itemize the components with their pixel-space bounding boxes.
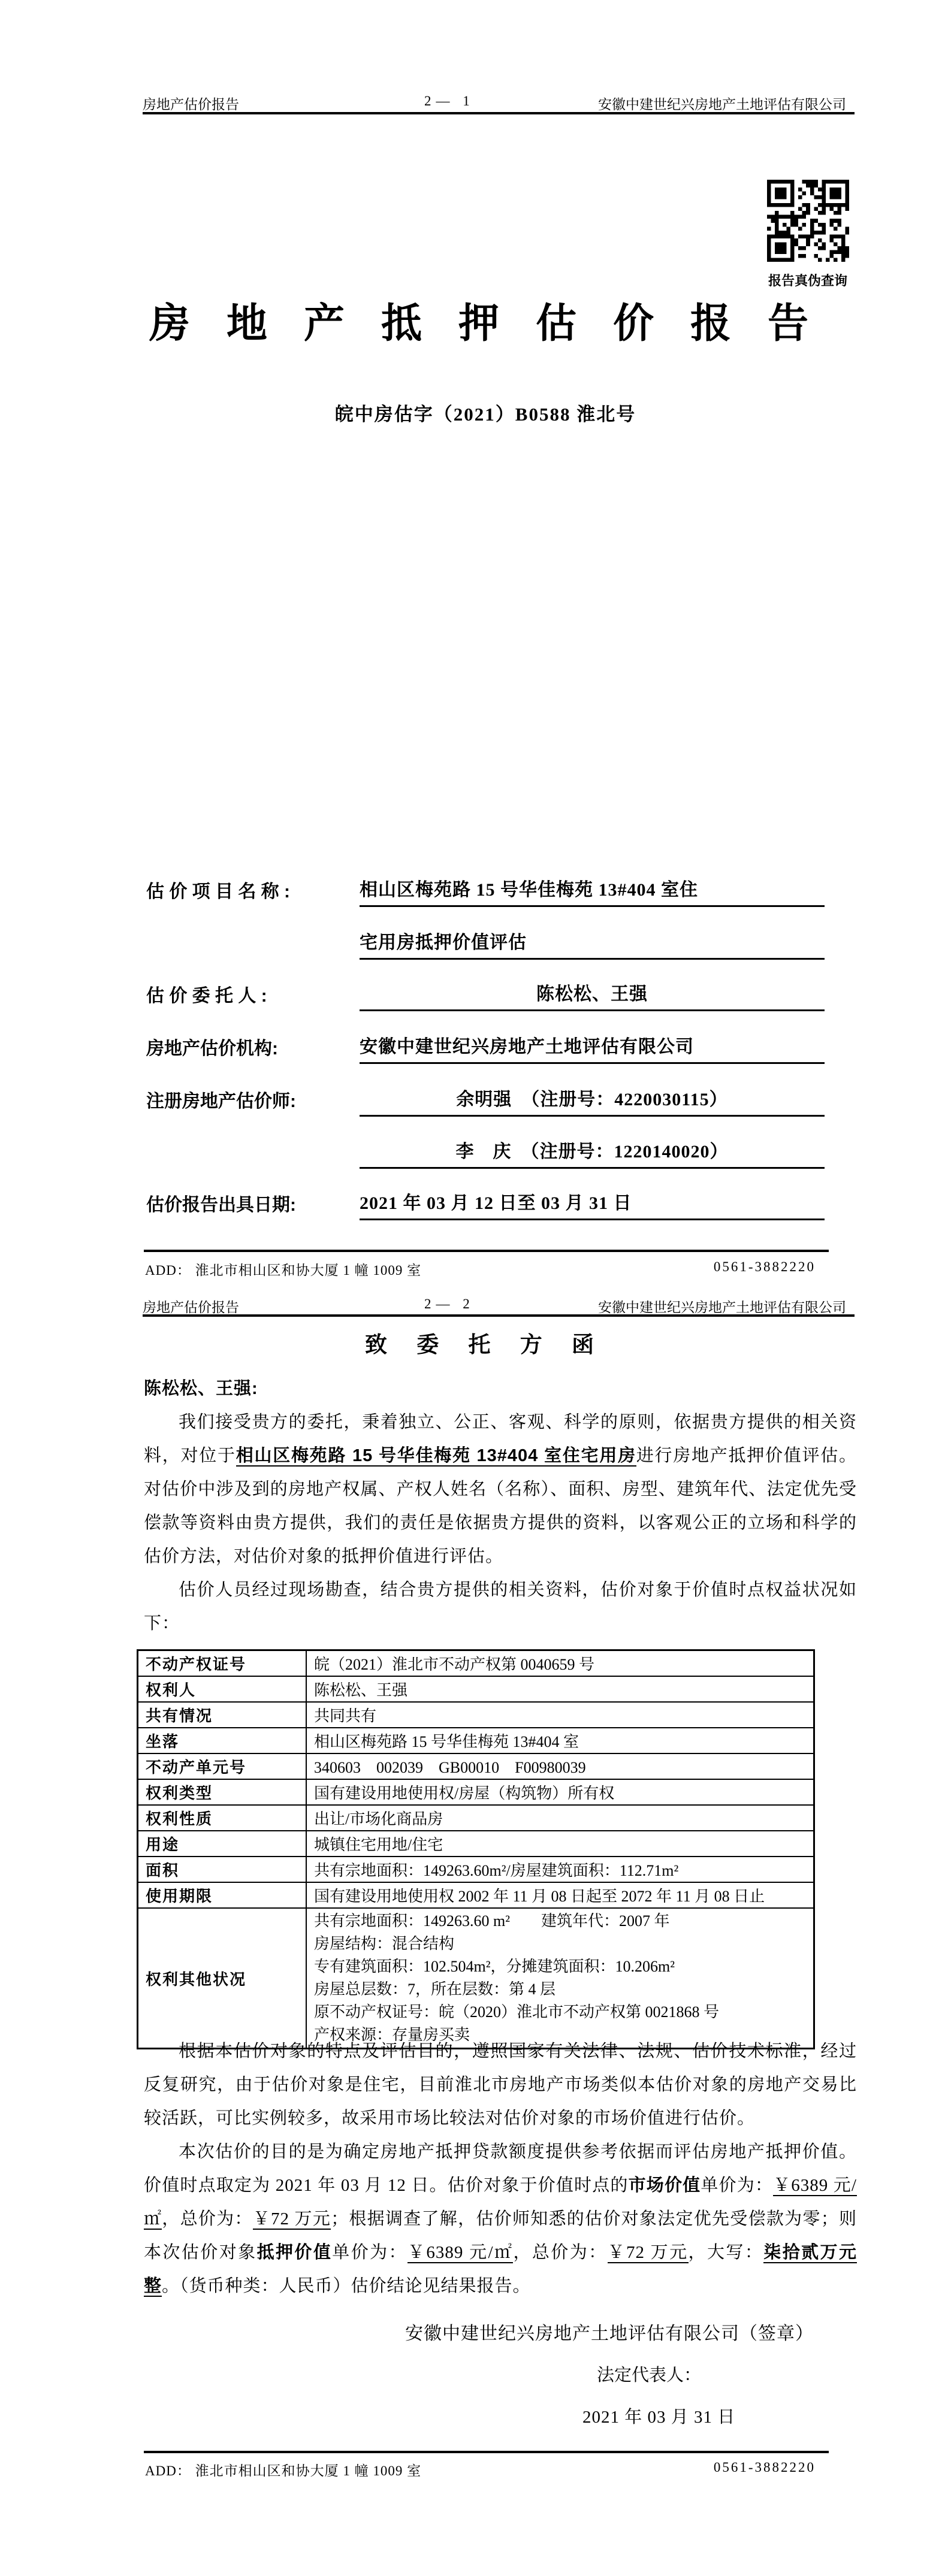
market-value-term: 市场价值 (629, 2176, 701, 2195)
row-label: 不动产单元号 (138, 1753, 307, 1779)
result-text: ，总价为： (162, 2209, 252, 2229)
field-report-date: 估价报告出具日期:2021 年 03 月 12 日至 03 月 31 日 (146, 1188, 825, 1220)
row-value: 共同共有 (306, 1702, 814, 1728)
mortgage-total-price: ￥72 万元 (608, 2243, 689, 2263)
mortgage-value-term: 抵押价值 (257, 2243, 333, 2262)
para-survey: 估价人员经过现场勘查，结合贵方提供的相关资料，估价对象于价值时点权益状况如下： (144, 1573, 857, 1640)
field-project-name: 估 价 项 目 名 称 :相山区梅苑路 15 号华佳梅苑 13#404 室住 (146, 875, 825, 907)
result-text: ，总价为： (513, 2243, 607, 2262)
subject-property-address: 相山区梅苑路 15 号华佳梅苑 13#404 室住宅用房 (236, 1446, 636, 1467)
row-value: 城镇住宅用地/住宅 (306, 1831, 814, 1857)
field-client-label: 估 价 委 托 人 : (146, 981, 360, 1011)
page1-header-page-number: 2— 1 (424, 93, 475, 109)
appraisal-report-document: 房地产估价报告 2— 1 安徽中建世纪兴房地产土地评估有限公司 报告真伪查询 房… (0, 0, 951, 2576)
mortgage-unit-price: ￥6389 元/㎡ (407, 2243, 513, 2263)
table-row: 权利类型国有建设用地使用权/房屋（构筑物）所有权 (138, 1779, 814, 1805)
result-text: 单价为： (701, 2176, 773, 2195)
table-row: 使用期限国有建设用地使用权 2002 年 11 月 08 日起至 2072 年 … (138, 1882, 814, 1908)
row-value: 皖（2021）淮北市不动产权第 0040659 号 (306, 1650, 814, 1677)
page2-footer-phone: 0561-3882220 (714, 2460, 816, 2475)
para-method: 根据本估价对象的特点及评估目的，遵照国家有关法律、法规、估价技术标准，经过反复研… (144, 2034, 857, 2135)
row-value: 相山区梅苑路 15 号华佳梅苑 13#404 室 (306, 1728, 814, 1753)
page1-footer-rule (144, 1250, 829, 1252)
letter-title: 致 委 托 方 函 (126, 1326, 845, 1359)
page2-footer-rule (144, 2451, 829, 2453)
field-agency-value: 安徽中建世纪兴房地产土地评估有限公司 (360, 1032, 825, 1064)
field-project-name-label: 估 价 项 目 名 称 : (146, 876, 360, 907)
row-value: 共有宗地面积：149263.60m²/房屋建筑面积：112.71m² (306, 1857, 814, 1882)
field-client-value: 陈松松、王强 (360, 979, 825, 1011)
field-appraiser-2-value: 李 庆 （注册号：1220140020） (360, 1136, 825, 1169)
table-row: 坐落相山区梅苑路 15 号华佳梅苑 13#404 室 (138, 1728, 814, 1753)
table-row: 用途城镇住宅用地/住宅 (138, 1831, 814, 1857)
table-row-other-rights: 权利其他状况 共有宗地面积：149263.60 m² 建筑年代：2007 年 房… (138, 1908, 814, 2049)
table-row: 共有情况共同共有 (138, 1702, 814, 1728)
qr-caption: 报告真伪查询 (754, 271, 862, 289)
field-agency: 房地产估价机构:安徽中建世纪兴房地产土地评估有限公司 (146, 1032, 825, 1064)
para-engagement: 我们接受贵方的委托，秉着独立、公正、客观、科学的原则，依据贵方提供的相关资料，对… (144, 1405, 857, 1573)
row-label: 权利类型 (138, 1779, 307, 1805)
page1-header-doc-type: 房地产估价报告 (143, 93, 239, 113)
row-label: 共有情况 (138, 1702, 307, 1728)
row-value: 340603 002039 GB00010 F00980039 (306, 1753, 814, 1779)
letter-opening-block: 陈松松、王强: 我们接受贵方的委托，秉着独立、公正、客观、科学的原则，依据贵方提… (144, 1372, 857, 1640)
row-value-line: 专有建筑面积：102.504m²，分摊建筑面积：10.206m² (314, 1955, 806, 1978)
field-project-name-value2: 宅用房抵押价值评估 (360, 927, 825, 960)
row-value-line: 共有宗地面积：149263.60 m² 建筑年代：2007 年 (314, 1910, 806, 1933)
page1-header-rule (143, 112, 855, 114)
page2-header-page-number: 2— 2 (424, 1296, 475, 1312)
row-label: 不动产权证号 (138, 1650, 307, 1677)
row-value: 陈松松、王强 (306, 1676, 814, 1702)
property-rights-table: 不动产权证号皖（2021）淮北市不动产权第 0040659 号 权利人陈松松、王… (137, 1649, 815, 2049)
qr-code (767, 180, 849, 264)
result-text: ，大写： (689, 2243, 764, 2262)
result-text: 。（货币种类：人民币）估价结论见结果报告。 (162, 2276, 531, 2296)
field-appraiser-label: 注册房地产估价师: (146, 1086, 360, 1117)
field-project-name-line2: 宅用房抵押价值评估 (146, 927, 825, 960)
page1-footer-address: ADD： 淮北市相山区和协大厦 1 幢 1009 室 (145, 1259, 421, 1279)
row-value-line: 原不动产权证号：皖（2020）淮北市不动产权第 0021868 号 (314, 2001, 806, 2024)
para-valuation-result: 本次估价的目的是为确定房地产抵押贷款额度提供参考依据而评估房地产抵押价值。价值时… (144, 2135, 857, 2303)
page1-header-company: 安徽中建世纪兴房地产土地评估有限公司 (598, 93, 846, 113)
field-report-date-value: 2021 年 03 月 12 日至 03 月 31 日 (360, 1188, 825, 1220)
row-value: 国有建设用地使用权 2002 年 11 月 08 日起至 2072 年 11 月… (306, 1882, 814, 1908)
market-total-price: ￥72 万元 (253, 2209, 331, 2230)
field-empty-label-2 (146, 1165, 360, 1169)
field-appraiser-1: 注册房地产估价师:余明强 （注册号：4220030115） (146, 1084, 825, 1117)
field-report-date-label: 估价报告出具日期: (146, 1190, 360, 1220)
row-label: 用途 (138, 1831, 307, 1857)
row-value-multiline: 共有宗地面积：149263.60 m² 建筑年代：2007 年 房屋结构：混合结… (306, 1908, 814, 2049)
row-label: 权利其他状况 (138, 1908, 307, 2049)
page1-running-footer: ADD： 淮北市相山区和协大厦 1 幢 1009 室 0561-3882220 (144, 1259, 829, 1277)
field-appraiser-2: 李 庆 （注册号：1220140020） (146, 1136, 825, 1169)
salutation: 陈松松、王强: (144, 1372, 857, 1405)
page2-running-header: 房地产估价报告 2— 2 安徽中建世纪兴房地产土地评估有限公司 (143, 1296, 855, 1314)
table-row: 不动产单元号340603 002039 GB00010 F00980039 (138, 1753, 814, 1779)
row-value: 出让/市场化商品房 (306, 1805, 814, 1831)
report-title: 房 地 产 抵 押 估 价 报 告 (126, 291, 845, 349)
signature-company: 安徽中建世纪兴房地产土地评估有限公司（签章） (405, 2318, 814, 2345)
row-label: 权利人 (138, 1676, 307, 1702)
page2-header-doc-type: 房地产估价报告 (143, 1296, 239, 1316)
field-client: 估 价 委 托 人 :陈松松、王强 (146, 979, 825, 1011)
field-empty-label (146, 956, 360, 960)
field-agency-label: 房地产估价机构: (146, 1033, 360, 1064)
table-row: 不动产权证号皖（2021）淮北市不动产权第 0040659 号 (138, 1650, 814, 1677)
row-value-line: 房屋结构：混合结构 (314, 1933, 806, 1955)
table-row: 权利人陈松松、王强 (138, 1676, 814, 1702)
row-value-line: 房屋总层数：7，所在层数：第 4 层 (314, 1978, 806, 2001)
signature-legal-representative: 法定代表人： (597, 2362, 701, 2386)
page2-running-footer: ADD： 淮北市相山区和协大厦 1 幢 1009 室 0561-3882220 (144, 2460, 829, 2478)
row-value: 国有建设用地使用权/房屋（构筑物）所有权 (306, 1779, 814, 1805)
result-text: 单价为： (332, 2243, 407, 2262)
page2-header-rule (143, 1314, 855, 1317)
row-label: 面积 (138, 1857, 307, 1882)
page1-running-header: 房地产估价报告 2— 1 安徽中建世纪兴房地产土地评估有限公司 (143, 93, 855, 111)
row-label: 权利性质 (138, 1805, 307, 1831)
table-row: 面积共有宗地面积：149263.60m²/房屋建筑面积：112.71m² (138, 1857, 814, 1882)
letter-conclusion-block: 根据本估价对象的特点及评估目的，遵照国家有关法律、法规、估价技术标准，经过反复研… (144, 2034, 857, 2303)
page2-footer-address: ADD： 淮北市相山区和协大厦 1 幢 1009 室 (145, 2460, 421, 2480)
report-number: 皖中房估字（2021）B0588 淮北号 (126, 399, 845, 426)
row-label: 使用期限 (138, 1882, 307, 1908)
row-label: 坐落 (138, 1728, 307, 1753)
page1-footer-phone: 0561-3882220 (714, 1259, 816, 1275)
page2-header-company: 安徽中建世纪兴房地产土地评估有限公司 (598, 1296, 846, 1316)
field-appraiser-1-value: 余明强 （注册号：4220030115） (360, 1084, 825, 1117)
table-row: 权利性质出让/市场化商品房 (138, 1805, 814, 1831)
signature-date: 2021 年 03 月 31 日 (582, 2403, 735, 2428)
field-project-name-value: 相山区梅苑路 15 号华佳梅苑 13#404 室住 (360, 875, 825, 907)
